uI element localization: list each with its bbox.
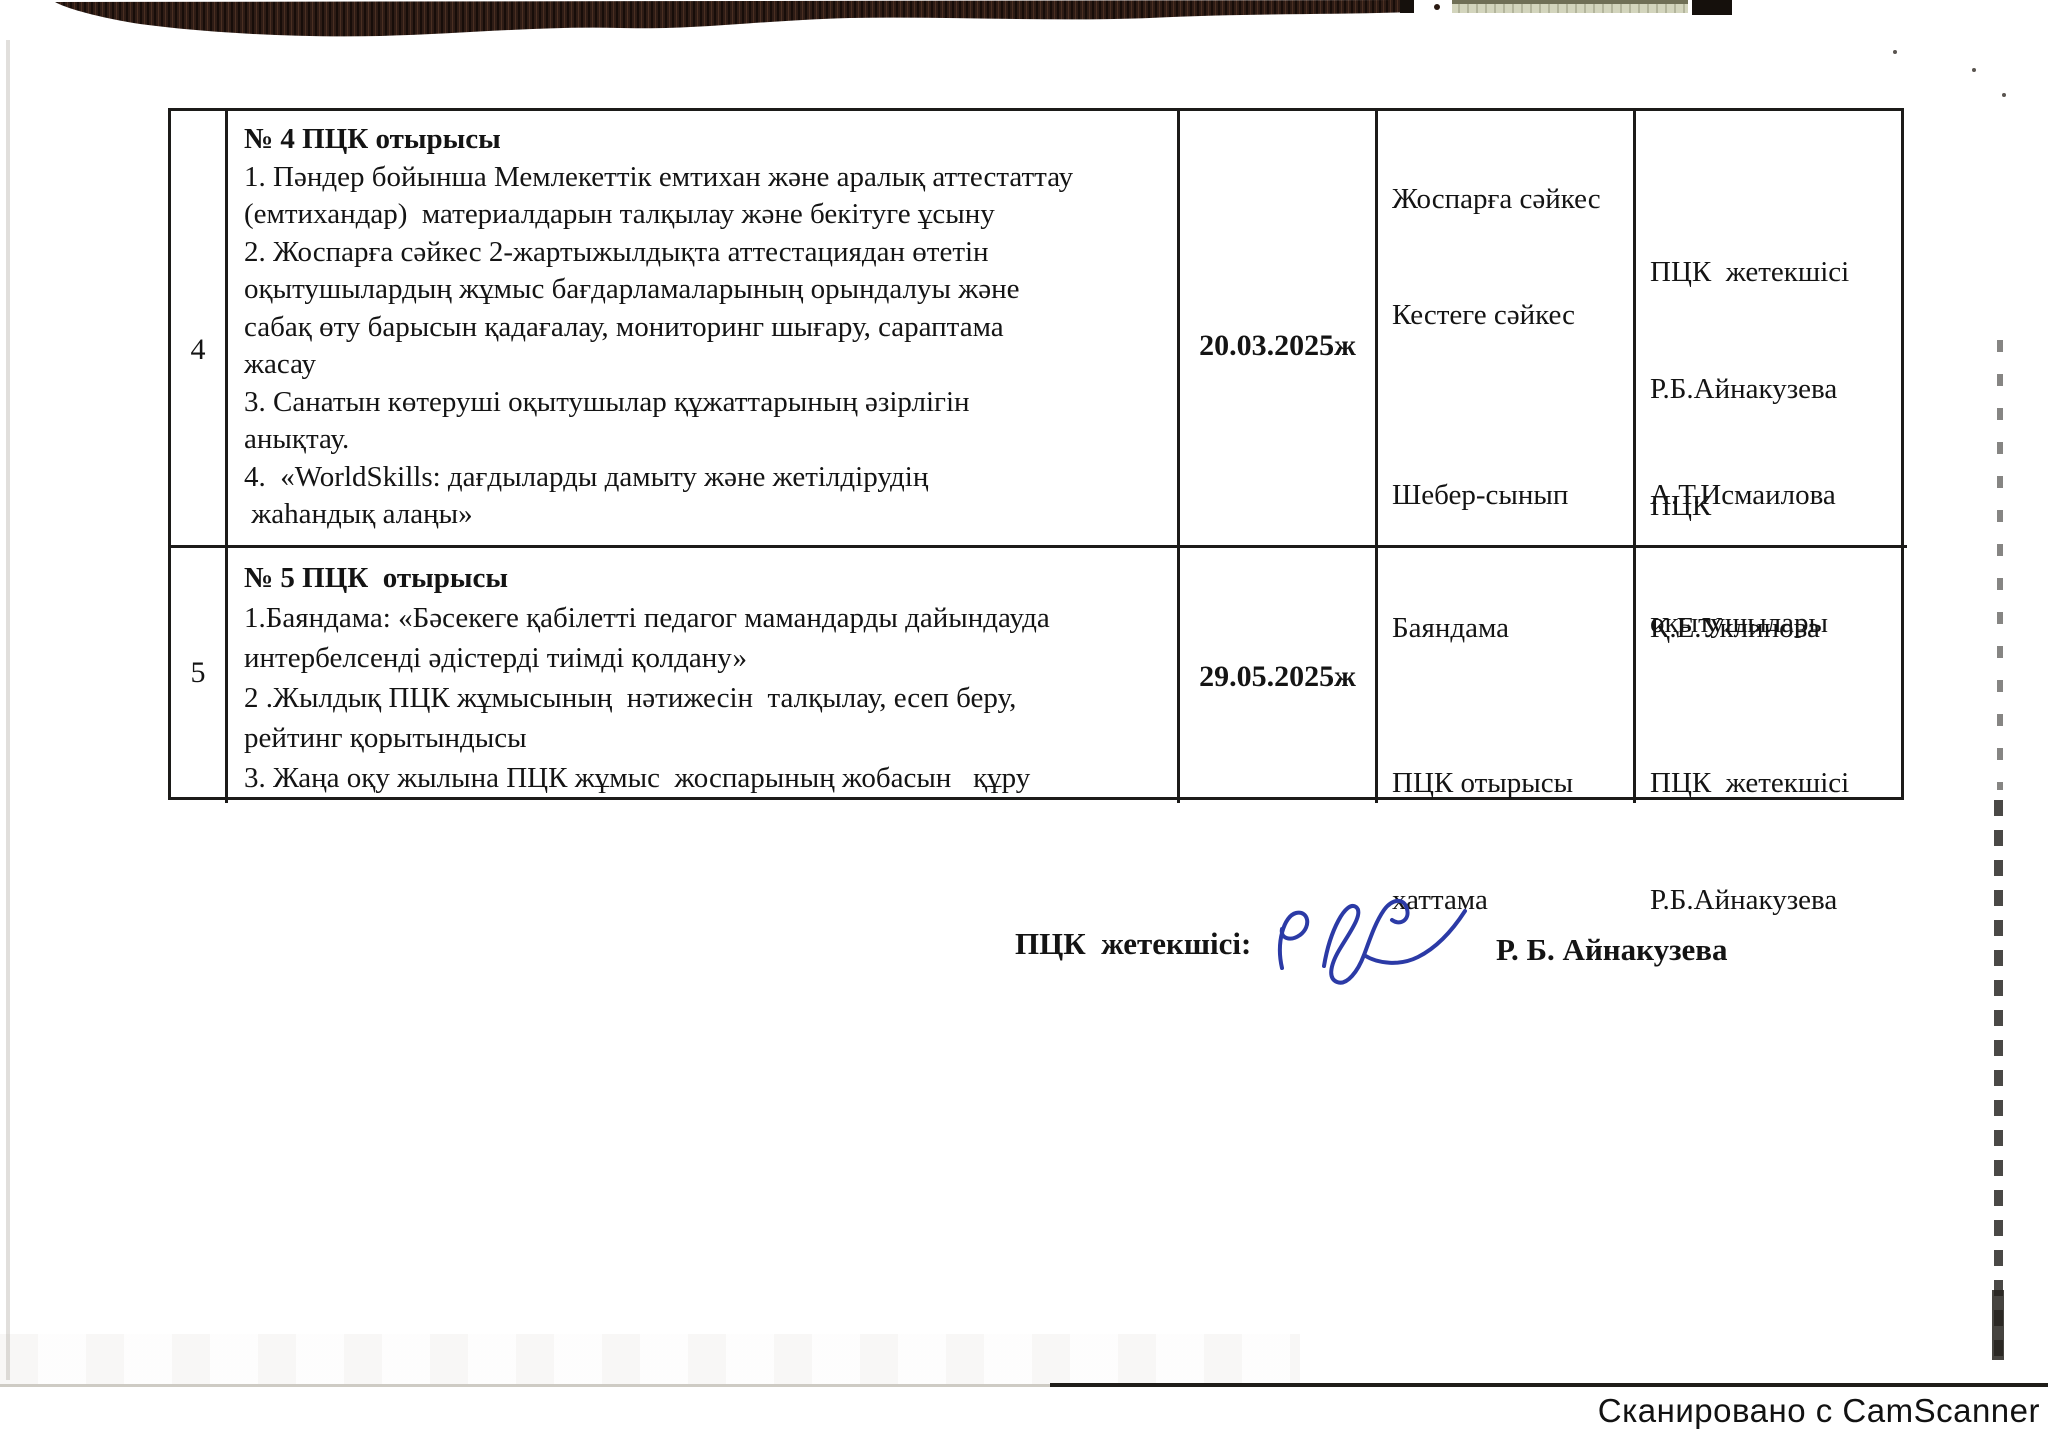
responsible-line: ПЦК жетекшісі — [1650, 253, 1849, 292]
agenda-line: жасау — [244, 346, 1171, 384]
agenda-line: жаһандық алаңы» — [244, 496, 1171, 534]
responsible-entry: Қ.Е.Уклинова — [1650, 612, 1820, 645]
handwritten-signature — [1268, 868, 1490, 1003]
meeting-title: № 4 ПЦК отырысы — [244, 121, 1171, 159]
row4-agenda-cell: № 4 ПЦК отырысы 1. Пәндер бойынша Мемлек… — [228, 111, 1180, 548]
page-edge-marks — [1994, 800, 2003, 1360]
scanned-page: 4 № 4 ПЦК отырысы 1. Пәндер бойынша Мемл… — [0, 0, 2048, 1447]
agenda-line: рейтинг қорытындысы — [244, 718, 1171, 758]
dust-speckle — [2002, 93, 2006, 97]
result-line: ПЦК отырысы — [1392, 764, 1573, 803]
result-entry: Кестеге сәйкес — [1392, 299, 1575, 332]
row-number: 4 — [171, 333, 225, 367]
agenda-line: 3. Жаңа оқу жылына ПЦК жұмыс жоспарының … — [244, 758, 1171, 798]
row4-result-cell: Жоспарға сәйкес Кестеге сәйкес Шебер-сын… — [1378, 111, 1636, 548]
responsible-line: Р.Б.Айнакузева — [1650, 881, 1849, 920]
page-bottom-edge — [0, 1384, 1160, 1387]
row5-date-cell: 29.05.2025ж — [1180, 548, 1378, 803]
notebook-binding-texture — [0, 0, 2048, 52]
row5-number-cell: 5 — [171, 548, 228, 803]
row4-number-cell: 4 — [171, 111, 228, 548]
result-entry: Жоспарға сәйкес — [1392, 183, 1601, 216]
row4-responsible-cell: ПЦК жетекшісі Р.Б.Айнакузева ПЦК оқытушы… — [1636, 111, 1907, 548]
row4-date-cell: 20.03.2025ж — [1180, 111, 1378, 548]
dust-speckle — [1972, 68, 1976, 72]
agenda-line: 1.Баяндама: «Бәсекеге қабілетті педагог … — [244, 598, 1171, 638]
agenda-line: сабақ өту барысын қадағалау, мониторинг … — [244, 309, 1171, 347]
page-fold-line — [6, 40, 10, 1380]
result-entry: Баяндама — [1392, 612, 1509, 645]
agenda-line: интербелсенді әдістерді тиімді қолдану» — [244, 638, 1171, 678]
meetings-table: 4 № 4 ПЦК отырысы 1. Пәндер бойынша Мемл… — [168, 108, 1904, 800]
camscanner-watermark: Сканировано с CamScanner — [1598, 1392, 2040, 1430]
signature-label: ПЦК жетекшісі: — [1015, 926, 1251, 962]
agenda-line: 2 .Жылдық ПЦК жұмысының нәтижесін талқыл… — [244, 678, 1171, 718]
row5-responsible-cell: Қ.Е.Уклинова ПЦК жетекшісі Р.Б.Айнакузев… — [1636, 548, 1907, 803]
signature-name: Р. Б. Айнакузева — [1496, 932, 1728, 968]
page-edge-marks — [1992, 1290, 2004, 1360]
row5-result-cell: Баяндама ПЦК отырысы хаттама — [1378, 548, 1636, 803]
agenda-line: (емтихандар) материалдарын талқылау және… — [244, 196, 1171, 234]
scan-shadow-band — [0, 1334, 1300, 1384]
agenda-line: анықтау. — [244, 421, 1171, 459]
agenda-line: 3. Санатын көтеруші оқытушылар құжаттары… — [244, 384, 1171, 422]
meeting-date: 29.05.2025ж — [1180, 660, 1375, 694]
agenda-line: 2. Жоспарға сәйкес 2-жартыжылдықта аттес… — [244, 234, 1171, 272]
meeting-date: 20.03.2025ж — [1180, 329, 1375, 363]
page-edge-marks — [1997, 340, 2003, 790]
meeting-title: № 5 ПЦК отырысы — [244, 558, 1171, 598]
agenda-line: 4. «WorldSkills: дағдыларды дамыту және … — [244, 459, 1171, 497]
responsible-line: ПЦК жетекшісі — [1650, 764, 1849, 803]
responsible-entry: А.Т.Исмаилова — [1650, 479, 1836, 512]
result-entry: Шебер-сынып — [1392, 479, 1568, 512]
row5-agenda-cell: № 5 ПЦК отырысы 1.Баяндама: «Бәсекеге қа… — [228, 548, 1180, 803]
agenda-line: оқытушылардың жұмыс бағдарламаларының ор… — [244, 271, 1171, 309]
dust-speckle — [1893, 50, 1897, 54]
responsible-line: Р.Б.Айнакузева — [1650, 370, 1849, 409]
row-number: 5 — [171, 656, 225, 690]
agenda-line: 1. Пәндер бойынша Мемлекеттік емтихан жә… — [244, 159, 1171, 197]
page-bottom-edge — [1050, 1383, 2048, 1387]
